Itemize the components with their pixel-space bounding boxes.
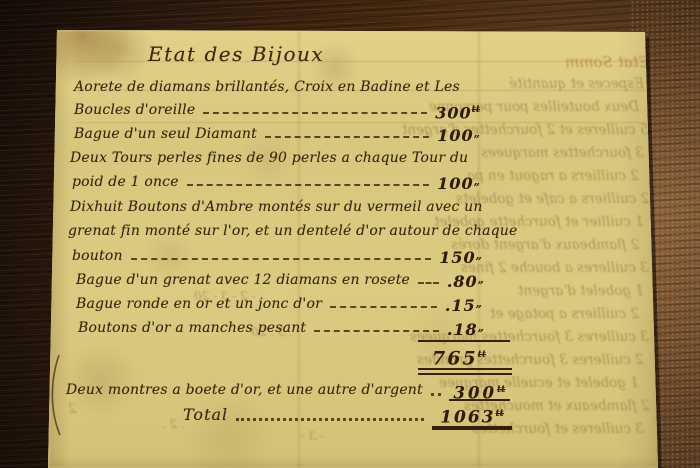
item-row: Boucles d'oreille 300tt <box>74 99 480 121</box>
sous-unit: „ <box>474 175 480 188</box>
item-amount: 300tt <box>435 99 480 121</box>
item-text: poid de 1 once <box>72 171 179 193</box>
item-amount: 100„ <box>437 171 480 193</box>
manuscript-paper: Etat SommEspeces et quantitéDeux bouteil… <box>46 27 661 468</box>
dash-leader <box>203 110 427 114</box>
item-text-line: Dixhuit Boutons d'Ambre montés sur du ve… <box>70 196 483 218</box>
dash-leader <box>131 256 432 260</box>
item-amount: .18„ <box>447 317 484 339</box>
dash-leader <box>314 328 439 332</box>
item-amount: .15„ <box>445 293 482 315</box>
item-row: Bague d'un seul Diamant 100„ <box>74 123 480 145</box>
dot-leader <box>431 391 441 396</box>
item-text: Boutons d'or a manches pesant <box>78 317 306 339</box>
item-text: Boucles d'oreille <box>74 99 195 121</box>
item-text: bouton <box>72 245 123 267</box>
item-row: bouton 150„ <box>72 245 482 267</box>
subtotal-block: 765tt <box>418 340 512 375</box>
item-text: Deux montres a boete d'or, et une autre … <box>66 379 423 401</box>
total-row: Total 1063tt <box>183 404 512 426</box>
dash-leader <box>330 304 437 308</box>
item-text-line: grenat fin monté sur l'or, et un dentelé… <box>68 220 518 242</box>
total-double-rule <box>432 426 512 430</box>
item-row: Boutons d'or a manches pesant .18„ <box>78 317 484 339</box>
livre-unit: tt <box>472 105 480 115</box>
total-amount: 1063tt <box>432 404 512 426</box>
sous-unit: „ <box>474 127 480 140</box>
photo-canvas: { "document": { "title": "Etat des Bijou… <box>0 0 700 468</box>
dash-leader <box>187 182 430 186</box>
item-amount: .80„ <box>447 269 484 291</box>
item-text-line: Deux Tours perles fines de 90 perles a c… <box>70 147 468 169</box>
sous-unit: „ <box>478 273 484 286</box>
dash-leader <box>418 280 439 284</box>
item-row: Bague ronde en or et un jonc d'or .15„ <box>76 293 482 315</box>
document-content: Etat des Bijoux Aorete de diamans brilla… <box>46 27 661 468</box>
watches-row: Deux montres a boete d'or, et une autre … <box>66 379 510 401</box>
dash-leader <box>265 134 429 138</box>
item-text: Bague ronde en or et un jonc d'or <box>76 293 322 315</box>
dot-leader <box>236 416 424 421</box>
watches-amount: 300tt <box>449 379 510 401</box>
sous-unit: „ <box>476 297 482 310</box>
total-label: Total <box>183 404 228 426</box>
sous-unit: „ <box>478 321 484 334</box>
livre-unit: tt <box>497 385 505 395</box>
livre-unit: tt <box>478 350 486 360</box>
item-amount: 100„ <box>437 123 480 145</box>
sous-unit: „ <box>476 249 482 262</box>
livre-unit: tt <box>496 409 504 419</box>
item-row: poid de 1 once 100„ <box>72 171 480 193</box>
subtotal-amount: 765tt <box>418 342 512 367</box>
item-text: Bague d'un seul Diamant <box>74 123 257 145</box>
item-text-line: Aorete de diamans brillantés, Croix en B… <box>74 76 460 98</box>
document-title: Etat des Bijoux <box>148 42 324 66</box>
item-amount: 150„ <box>439 245 482 267</box>
item-text: Bague d'un grenat avec 12 diamans en ros… <box>76 269 410 291</box>
item-row: Bague d'un grenat avec 12 diamans en ros… <box>76 269 484 291</box>
